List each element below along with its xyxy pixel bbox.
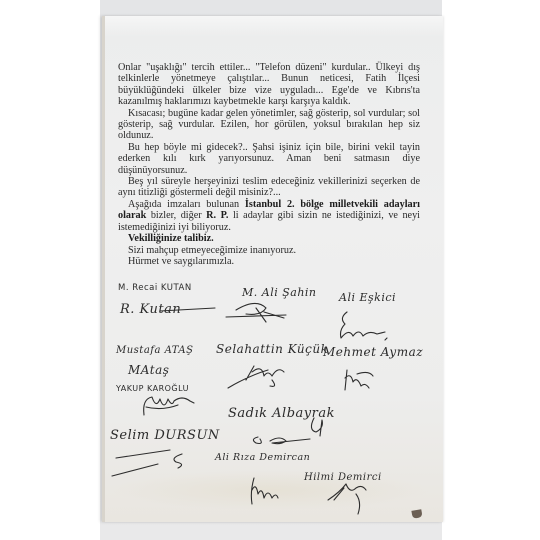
signature-stroke-kutan <box>160 305 220 315</box>
paragraph: Sizi mahçup etmeyeceğimize inanıyoruz. <box>118 245 420 256</box>
text-segment: bizler, diğer <box>146 210 206 221</box>
signature-sahin <box>226 300 296 324</box>
signatory-name-demircan: Ali Rıza Demircan <box>215 452 310 463</box>
text-segment: Beş yıl süreyle herşeyinizi teslim edece… <box>118 176 420 198</box>
text-segment: Onlar "uşaklığı" tercih ettiler... "Tele… <box>118 62 420 107</box>
text-segment: Bu hep böyle mi gidecek?.. Şahsi işiniz … <box>118 142 420 176</box>
paragraph: Kısacası; bugüne kadar gelen yönetimler,… <box>118 108 420 142</box>
bold-text: Vekilliğinize talibiz. <box>128 233 214 244</box>
signatory-name-kucuk: Selahattin Küçük <box>216 342 328 356</box>
signature-atas: MAtaş <box>128 363 169 377</box>
text-segment: Hürmet ve saygılarımızla. <box>128 256 234 267</box>
signature-dursun-strokes <box>110 448 200 478</box>
letter-body: Onlar "uşaklığı" tercih ettiler... "Tele… <box>118 62 420 267</box>
signature-kucuk <box>228 362 298 392</box>
signature-demircan <box>248 476 284 506</box>
signatory-name-atas: Mustafa ATAŞ <box>116 345 194 356</box>
signatory-name-aymaz: Mehmet Aymaz <box>323 345 423 359</box>
paragraph: Beş yıl süreyle herşeyinizi teslim edece… <box>118 176 420 199</box>
signatory-name-eskici: Ali Eşkici <box>339 291 396 304</box>
signature-eskici <box>337 310 397 340</box>
signature-demirci <box>326 478 370 518</box>
paragraph: Onlar "uşaklığı" tercih ettiler... "Tele… <box>118 62 420 108</box>
signatory-name-dursun: Selim DURSUN <box>110 428 220 443</box>
signatory-name-sahin: M. Ali Şahin <box>242 286 317 299</box>
paragraph: Aşağıda imzaları bulunan İstanbul 2. böl… <box>118 199 420 233</box>
paragraph: Hürmet ve saygılarımızla. <box>118 256 420 267</box>
signature-aymaz <box>343 368 383 394</box>
bold-text: R. P. <box>206 210 228 221</box>
paragraph: Bu hep böyle mi gidecek?.. Şahsi işiniz … <box>118 142 420 176</box>
signature-karoglu <box>142 393 198 417</box>
paragraph: Vekilliğinize talibiz. <box>118 233 420 244</box>
signatory-name-kutan: M. Recai KUTAN <box>118 283 192 293</box>
signatory-name-karoglu: YAKUP KAROĞLU <box>116 384 189 393</box>
text-segment: Sizi mahçup etmeyeceğimize inanıyoruz. <box>128 245 296 256</box>
signature-dursun <box>250 433 320 449</box>
text-segment: Kısacası; bugüne kadar gelen yönetimler,… <box>118 108 420 142</box>
text-segment: Aşağıda imzaları bulunan <box>128 199 245 210</box>
